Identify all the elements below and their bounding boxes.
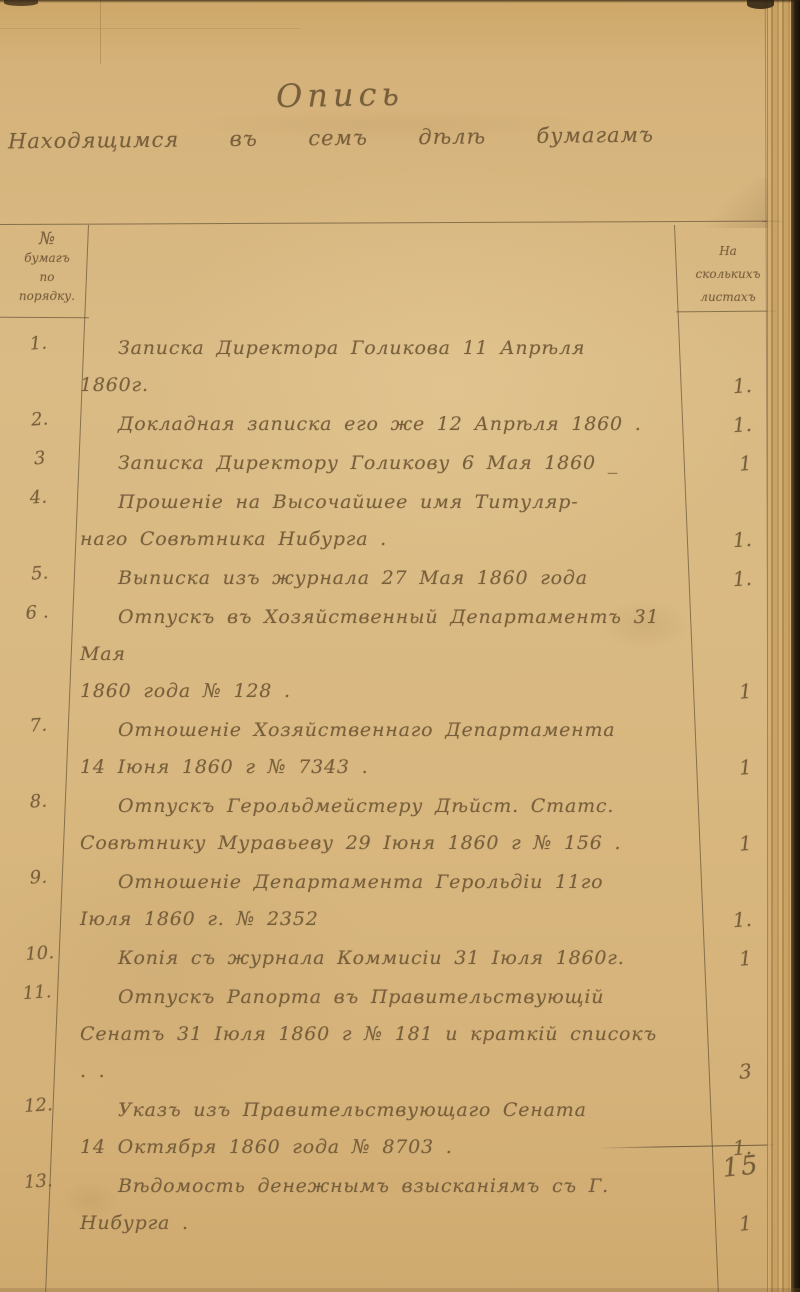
entry-line: Сенатъ 31 Іюля 1860 г № 181 и краткій сп… [80, 1023, 657, 1082]
entry-row: 10.Копія съ журнала Коммисіи 31 Іюля 186… [0, 940, 778, 977]
entry-sheet-count: 1 [664, 829, 779, 866]
entry-text: Копія съ журнала Коммисіи 31 Іюля 1860г. [80, 940, 665, 977]
header-line: бумагъ [6, 249, 88, 268]
entry-line: Отношеніе Хозяйственнаго Департамента [118, 719, 615, 741]
entry-number: 8. [0, 785, 82, 864]
entry-row: 2.Докладная записка его же 12 Апрѣля 186… [0, 406, 778, 443]
table-border-top [0, 221, 782, 225]
subtitle-word: бумагамъ [536, 123, 654, 148]
entry-number: 6 . [0, 596, 84, 712]
binding-edge [767, 0, 791, 1292]
entry-row: 5.Выписка изъ журнала 27 Мая 1860 года1. [0, 560, 778, 597]
entry-number: 4. [0, 481, 82, 560]
entry-sheet-count: 1 [664, 944, 779, 981]
entry-text: Прошеніе на Высочайшее имя Титуляр-наго … [80, 484, 665, 558]
entry-sheet-count: 1 [664, 1209, 779, 1246]
entry-line: Отпускъ Герольдмейстеру Дѣйст. Статс. [118, 795, 614, 817]
entry-line: Іюля 1860 г. № 2352 [80, 908, 319, 930]
entry-line: Копія съ журнала Коммисіи 31 Іюля 1860г. [118, 947, 625, 969]
entry-row: 6 .Отпускъ въ Хозяйственный Департаментъ… [0, 599, 778, 710]
entry-text: Отпускъ Герольдмейстеру Дѣйст. Статс.Сов… [80, 788, 665, 862]
subtitle-word: семъ [308, 126, 368, 151]
entry-number: 5. [0, 557, 81, 599]
entry-text: Отпускъ Рапорта въ ПравительствующійСена… [80, 979, 665, 1090]
corner-notch-left [4, 0, 38, 6]
entry-number: 1. [0, 327, 82, 406]
entry-line: Нибурга . [80, 1212, 189, 1234]
entry-number: 13. [0, 1165, 82, 1244]
entry-sheet-count: 1 [664, 449, 779, 486]
entry-row: 8.Отпускъ Герольдмейстеру Дѣйст. Статс.С… [0, 788, 778, 862]
entry-line: 14 Октября 1860 года № 8703 . [80, 1136, 453, 1158]
entry-row: 3Записка Директору Голикову 6 Мая 1860 _… [0, 445, 778, 482]
entry-row: 9.Отношеніе Департамента Герольдіи 11гоІ… [0, 864, 778, 938]
document-title: Опись [228, 74, 453, 116]
paper-crease [0, 28, 300, 29]
entry-number: 11. [0, 976, 84, 1092]
entry-text: Указъ изъ Правительствующаго Сената14 Ок… [80, 1092, 665, 1166]
paper-crease [100, 0, 101, 64]
entry-row: 1.Записка Директора Голикова 11 Апрѣля 1… [0, 330, 778, 404]
entry-sheet-count: 1. [664, 905, 779, 942]
entry-line: Прошеніе на Высочайшее имя Титуляр- [118, 491, 578, 513]
entry-line: Отпускъ въ Хозяйственный Департаментъ 31… [80, 606, 659, 665]
entry-number: 12. [0, 1089, 82, 1168]
header-line: порядку. [6, 287, 88, 306]
table-header-underline-left [0, 317, 89, 319]
header-line: На [686, 240, 770, 263]
entry-text: Выписка изъ журнала 27 Мая 1860 года [80, 560, 665, 597]
entry-line: Записка Директора Голикова 11 Апрѣля 186… [80, 337, 585, 396]
corner-notch-right [747, 0, 774, 9]
entry-number: 3 [0, 442, 81, 484]
entry-text: Вѣдомость денежнымъ взысканіямъ съ Г.Ниб… [80, 1168, 665, 1242]
subtitle-word: Находящимся [8, 128, 179, 154]
entry-line: Указъ изъ Правительствующаго Сената [118, 1099, 587, 1121]
entry-text: Отпускъ въ Хозяйственный Департаментъ 31… [80, 599, 665, 710]
page-bottom-edge-shadow [0, 1288, 800, 1292]
entry-sheet-count: 1. [664, 410, 779, 447]
entry-number: 10. [0, 937, 81, 979]
entry-text: Отношеніе Хозяйственнаго Департамента14 … [80, 712, 665, 786]
header-line: № [6, 230, 88, 249]
entry-text: Отношеніе Департамента Герольдіи 11гоІюл… [80, 864, 665, 938]
document-subtitle: Находящимсявъсемъдѣлѣбумагамъ [8, 123, 654, 154]
entry-line: Отпускъ Рапорта въ Правительствующій [118, 986, 604, 1008]
entry-text: Докладная записка его же 12 Апрѣля 1860 … [80, 406, 665, 443]
entry-sheet-count: 3 [664, 1057, 779, 1094]
entry-number: 9. [0, 861, 82, 940]
entry-text: Записка Директору Голикову 6 Мая 1860 _ [80, 445, 665, 482]
header-line: листахъ [686, 286, 770, 309]
column-header-sheets: Насколькихълистахъ [686, 240, 770, 309]
scanned-document-page: Опись Находящимсявъсемъдѣлѣбумагамъ №бум… [0, 0, 800, 1292]
subtitle-word: дѣлѣ [418, 124, 486, 149]
table-header-underline-right [676, 311, 776, 313]
entry-number: 2. [0, 403, 81, 445]
header-line: сколькихъ [686, 263, 770, 286]
entry-line: наго Совѣтника Нибурга . [80, 528, 387, 550]
entry-line: Совѣтнику Муравьеву 29 Іюня 1860 г № 156… [80, 832, 621, 854]
entry-number: 7. [0, 709, 82, 788]
subtitle-word: въ [229, 127, 257, 151]
entry-sheet-count: 1. [664, 371, 779, 408]
entry-row: 12.Указъ изъ Правительствующаго Сената14… [0, 1092, 778, 1166]
entry-line: Докладная записка его же 12 Апрѣля 1860 … [118, 413, 642, 435]
entry-line: 1860 года № 128 . [80, 680, 291, 702]
entry-line: 14 Іюня 1860 г № 7343 . [80, 756, 368, 778]
entries-list: 1.Записка Директора Голикова 11 Апрѣля 1… [0, 330, 778, 1244]
scan-background-edge [791, 0, 800, 1292]
header-line: по [6, 268, 88, 287]
entry-text: Записка Директора Голикова 11 Апрѣля 186… [80, 330, 665, 404]
entry-sheet-count: 1. [664, 564, 779, 601]
entry-row: 4.Прошеніе на Высочайшее имя Титуляр-наг… [0, 484, 778, 558]
entry-sheet-count: 1 [664, 677, 779, 714]
entry-line: Выписка изъ журнала 27 Мая 1860 года [118, 567, 588, 589]
entry-sheet-count: 1. [664, 525, 779, 562]
column-header-number: №бумагъпопорядку. [6, 230, 88, 306]
entry-line: Вѣдомость денежнымъ взысканіямъ съ Г. [118, 1175, 609, 1197]
entry-row: 7.Отношеніе Хозяйственнаго Департамента1… [0, 712, 778, 786]
page-top-edge-shadow [0, 0, 800, 3]
entry-sheet-count: 1 [664, 753, 779, 790]
entry-line: Записка Директору Голикову 6 Мая 1860 _ [118, 452, 618, 474]
entry-row: 11.Отпускъ Рапорта въ ПравительствующійС… [0, 979, 778, 1090]
entry-line: Отношеніе Департамента Герольдіи 11го [118, 871, 603, 893]
entry-row: 13.Вѣдомость денежнымъ взысканіямъ съ Г.… [0, 1168, 778, 1242]
